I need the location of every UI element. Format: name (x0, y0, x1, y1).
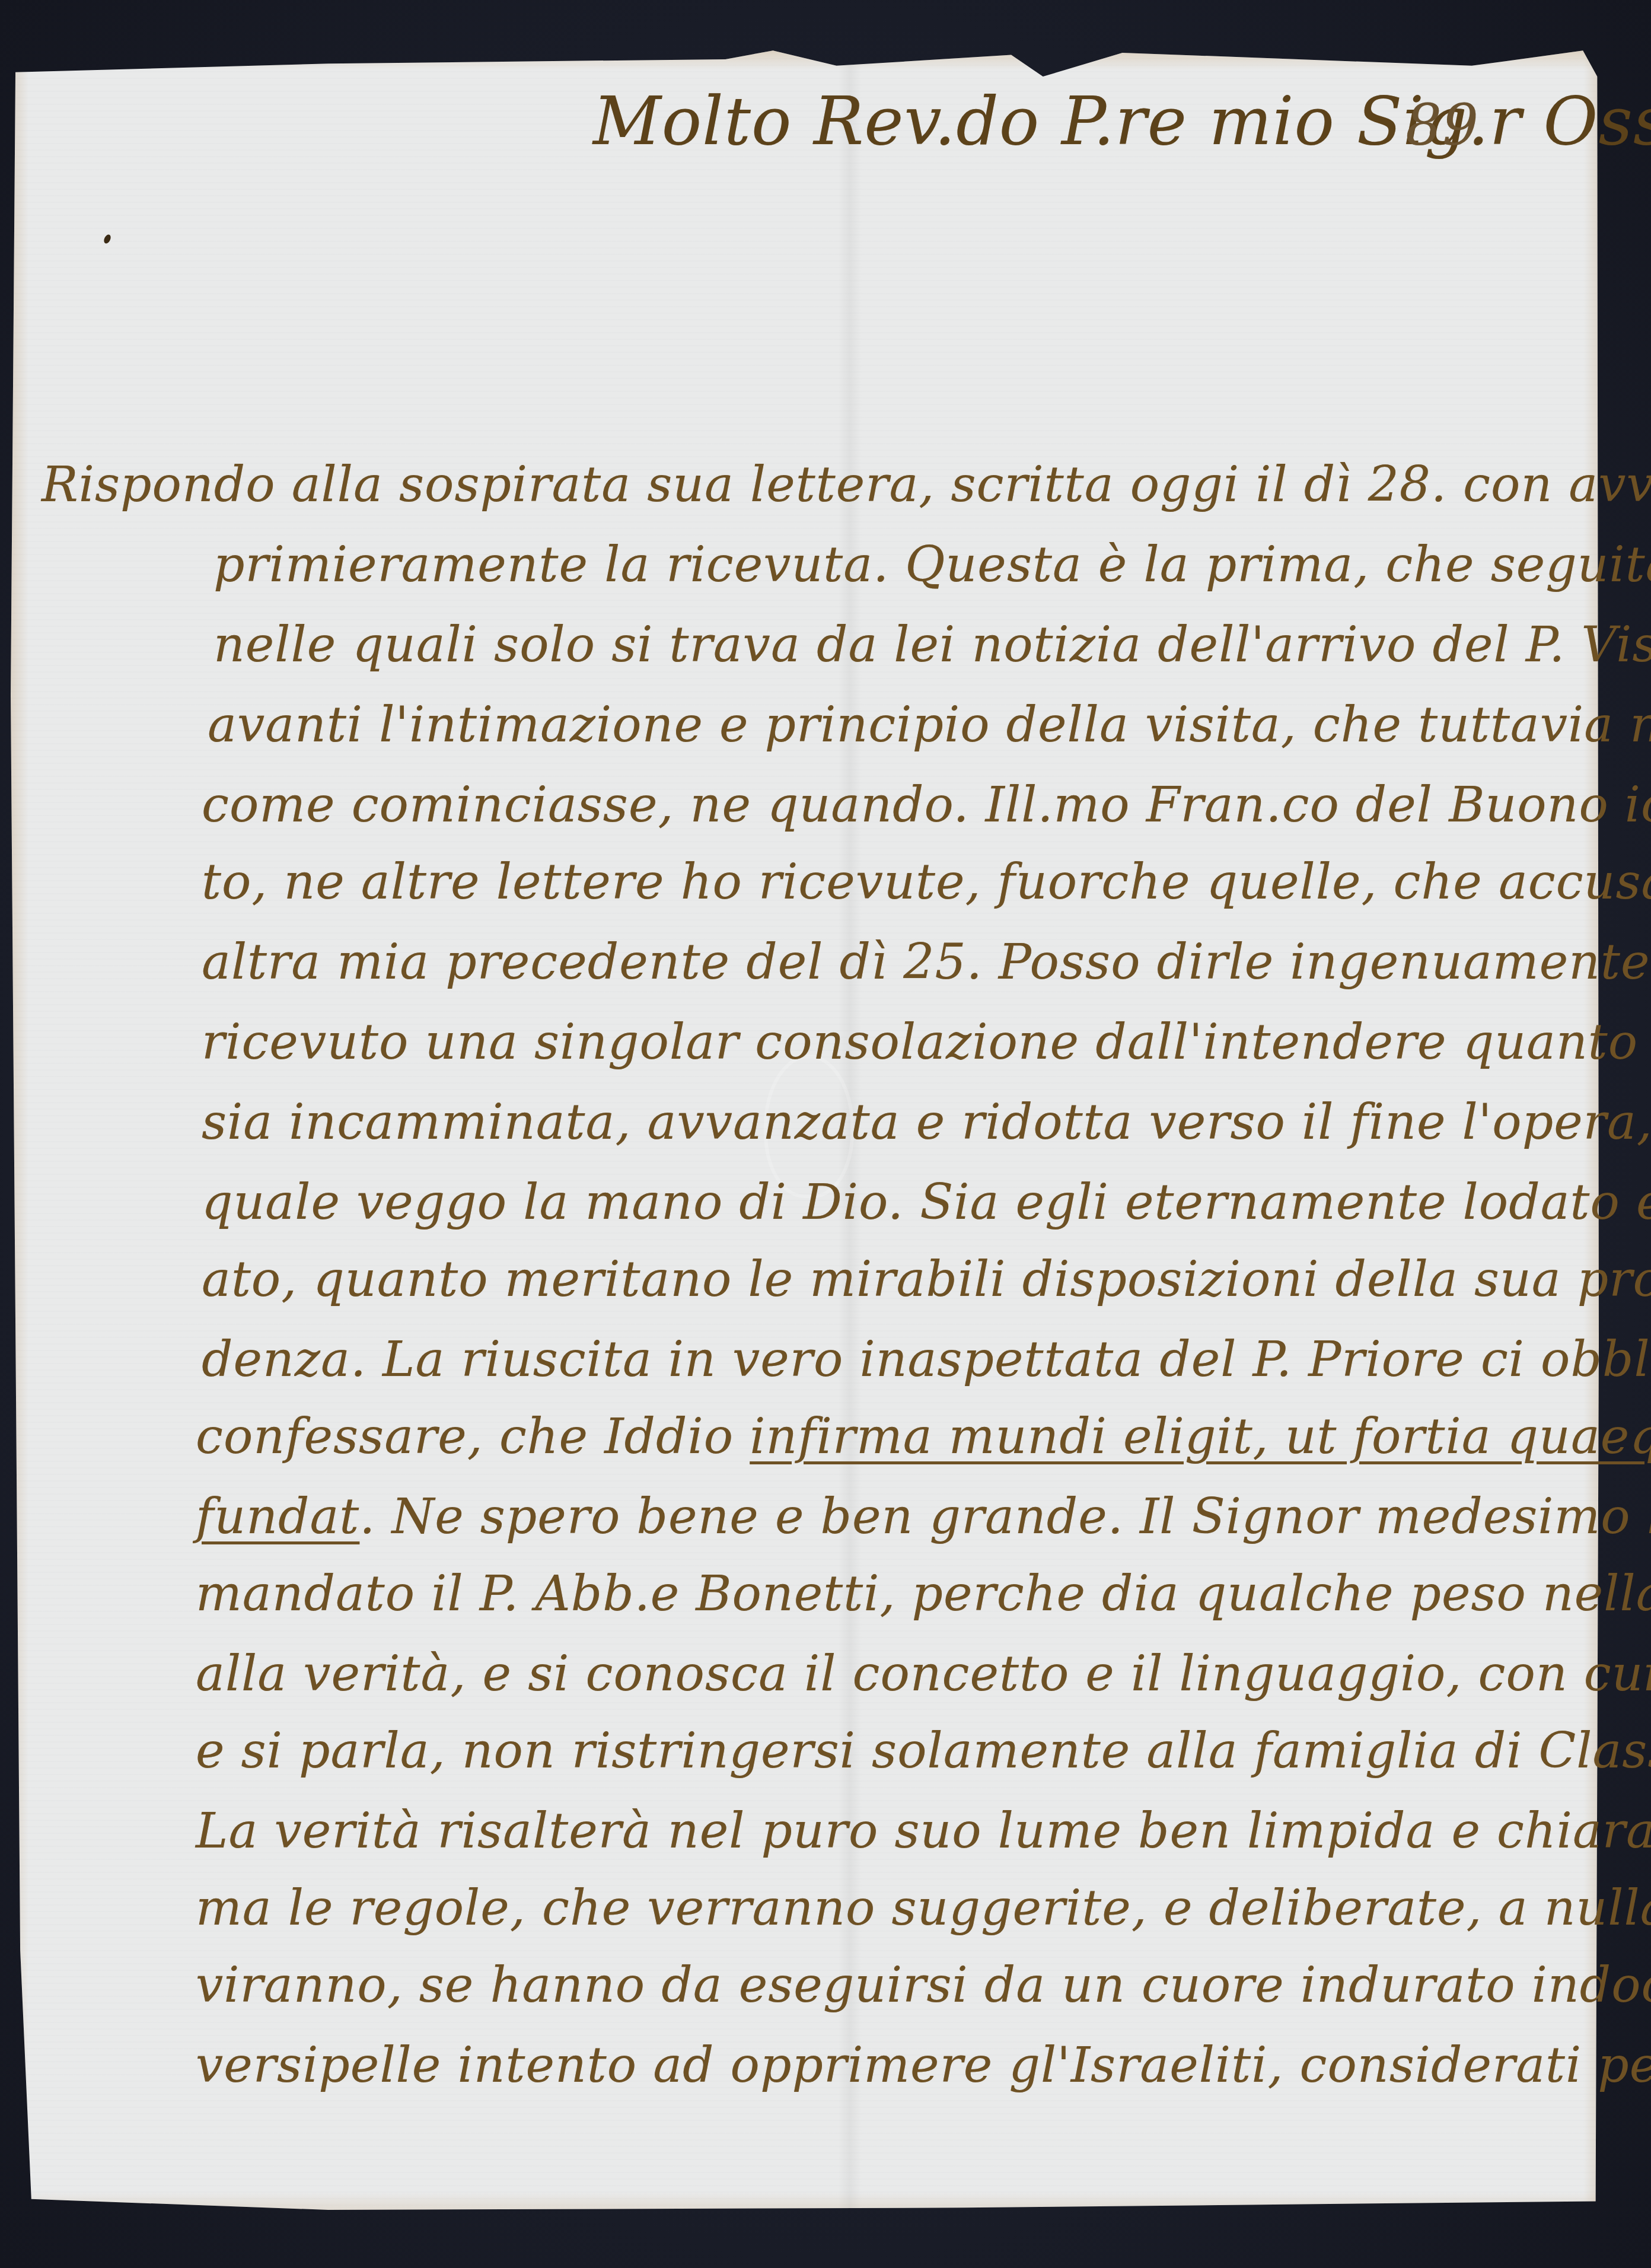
salutation-text: Molto Rev.do P.re mio Sig.r Oss. (593, 83, 1651, 160)
letter-line: ato, quanto meritano le mirabili disposi… (202, 1251, 1651, 1308)
letter-line: mandato il P. Abb.e Bonetti, perche dia … (196, 1566, 1651, 1622)
letter-line: fundat. Ne spero bene e ben grande. Il S… (196, 1489, 1651, 1545)
letter-line: alla verità, e si conosca il concetto e … (196, 1646, 1651, 1702)
letter-line: denza. La riuscita in vero inaspettata d… (202, 1332, 1651, 1388)
letter-line: ma le regole, che verranno suggerite, e … (196, 1880, 1651, 1936)
letter-line: nelle quali solo si trava da lei notizia… (213, 617, 1651, 673)
letter-line: Rispondo alla sospirata sua lettera, scr… (42, 457, 1651, 513)
letter-line: to, ne altre lettere ho ricevute, fuorch… (202, 854, 1651, 910)
letter-line: altra mia precedente del dì 25. Posso di… (202, 934, 1651, 990)
letter-line: confessare, che Iddio infirma mundi elig… (196, 1409, 1651, 1465)
letter-line: e si parla, non ristringersi solamente a… (196, 1723, 1651, 1779)
folio-number: 89 (1405, 92, 1479, 158)
letter-line: quale veggo la mano di Dio. Sia egli ete… (202, 1174, 1651, 1231)
letter-line: come cominciasse, ne quando. Ill.mo Fran… (202, 777, 1651, 833)
latin-quotation: fundat (196, 1489, 359, 1545)
letter-line: versipelle intento ad opprimere gl'Israe… (196, 2037, 1651, 2094)
salutation-heading: Molto Rev.do P.re mio Sig.r Oss.mo (593, 83, 1651, 160)
letter-line: ricevuto una singolar consolazione dall'… (202, 1014, 1651, 1071)
letter-line: primieramente la ricevuta. Questa è la p… (213, 537, 1651, 593)
latin-quotation: infirma mundi eligit, ut fortia quaeque … (750, 1409, 1651, 1465)
letter-line: La verità risalterà nel puro suo lume be… (196, 1803, 1651, 1859)
letter-line: viranno, se hanno da eseguirsi da un cuo… (196, 1957, 1651, 2014)
letter-line: sia incamminata, avvanzata e ridotta ver… (202, 1094, 1651, 1151)
letter-line: avanti l'intimazione e principio della v… (208, 697, 1651, 753)
